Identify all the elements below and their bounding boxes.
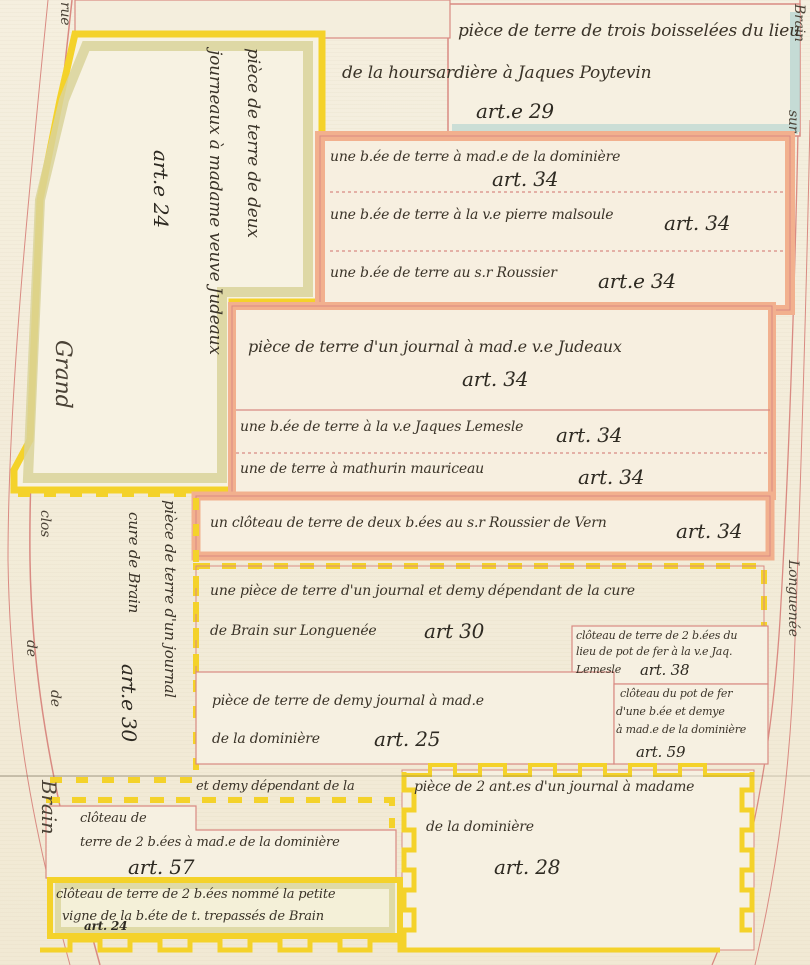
parcel-34f-line: une de terre à mathurin mauriceau [240, 462, 484, 477]
parcel-34g-article: art. 34 [676, 520, 742, 542]
parcel-29-line-2: de la hoursardière à Jaques Poytevin [342, 64, 651, 83]
parcel-24-line-1: pièce de terre de deux [243, 48, 262, 238]
parcel-34f-article: art. 34 [578, 466, 644, 488]
parcel-28-article: art. 28 [494, 856, 560, 878]
parcel-30a-line-2: de Brain sur Longuenée [210, 624, 377, 639]
parcel-57-line-2: terre de 2 b.ées à mad.e de la dominière [80, 836, 340, 850]
parcel-34d-article: art. 34 [462, 368, 528, 390]
parcel-34c-article: art.e 34 [598, 270, 676, 292]
parcel-38-line-1: clôteau de terre de 2 b.ées du [576, 630, 737, 642]
parcel-34a-article: art. 34 [492, 168, 558, 190]
street-label-de-2: de [47, 690, 62, 707]
street-label-longuenee: Longuenée [785, 560, 800, 637]
parcel-34a-line: une b.ée de terre à mad.e de la dominièr… [330, 150, 620, 165]
parcel-25-line-2: de la dominière [212, 732, 320, 747]
street-label-rue: rue [57, 2, 72, 25]
parcel-24s-line-1: clôteau de terre de 2 b.ées nommé la pet… [56, 888, 335, 902]
parcel-59-article: art. 59 [636, 744, 685, 761]
parcel-34b-line: une b.ée de terre à la v.e pierre malsou… [330, 208, 613, 223]
parcel-29-article: art.e 29 [476, 100, 554, 122]
parcel-59-line-1: clôteau du pot de fer [620, 688, 732, 700]
parcel-30b-article: art.e 30 [118, 664, 140, 742]
parcel-59-line-3: à mad.e de la dominière [616, 724, 746, 736]
parcel-57-line-1: clôteau de [80, 812, 146, 826]
parcel-34e-article: art. 34 [556, 424, 622, 446]
parcel-34b-article: art. 34 [664, 212, 730, 234]
parcel-30a-line-1: une pièce de terre d'un journal et demy … [210, 584, 635, 599]
street-label-grand: Grand [50, 340, 74, 408]
parcel-34g-line: un clôteau de terre de deux b.ées au s.r… [210, 516, 607, 531]
parcel-30b-continuation: et demy dépendant de la [196, 780, 355, 794]
parcel-38-article: art. 38 [640, 662, 689, 679]
street-label-brain-left: Brain [38, 780, 60, 834]
parcel-28-line-2: de la dominière [426, 820, 534, 835]
parcel-29-line-1: pièce de terre de trois boisselées du li… [458, 22, 800, 41]
parcel-25-line-1: pièce de terre de demy journal à mad.e [212, 694, 484, 709]
parcel-24s-article: art. 24 [84, 920, 127, 933]
parcel-59-line-2: d'une b.ée et demye [616, 706, 725, 718]
parcel-34e-line: une b.ée de terre à la v.e Jaques Lemesl… [240, 420, 523, 435]
parcel-34c-line: une b.ée de terre au s.r Roussier [330, 266, 557, 281]
parcel-34d-line: pièce de terre d'un journal à mad.e v.e … [248, 338, 622, 356]
parcel-30a-article: art 30 [424, 620, 484, 642]
street-label-sur: sur [785, 110, 800, 132]
parcel-28-line-1: pièce de 2 ant.es d'un journal à madame [414, 780, 694, 795]
parcel-30b-line-2: cure de Brain [126, 512, 143, 613]
paper-fold [0, 775, 810, 777]
parcel-57-article: art. 57 [128, 856, 194, 878]
parcel-24-line-2: journeaux à madame veuve Judeaux [205, 50, 224, 355]
street-label-de-1: de [23, 640, 38, 657]
parcel-38-line-3: Lemesle [576, 664, 621, 676]
parcel-24-article: art.e 24 [150, 150, 172, 228]
street-label-clos: clos [37, 510, 52, 537]
parcel-30b-line-1: pièce de terre d'un journal [162, 500, 179, 698]
parcel-25-article: art. 25 [374, 728, 440, 750]
parcel-38-line-2: lieu de pot de fer à la v.e Jaq. [576, 646, 732, 658]
